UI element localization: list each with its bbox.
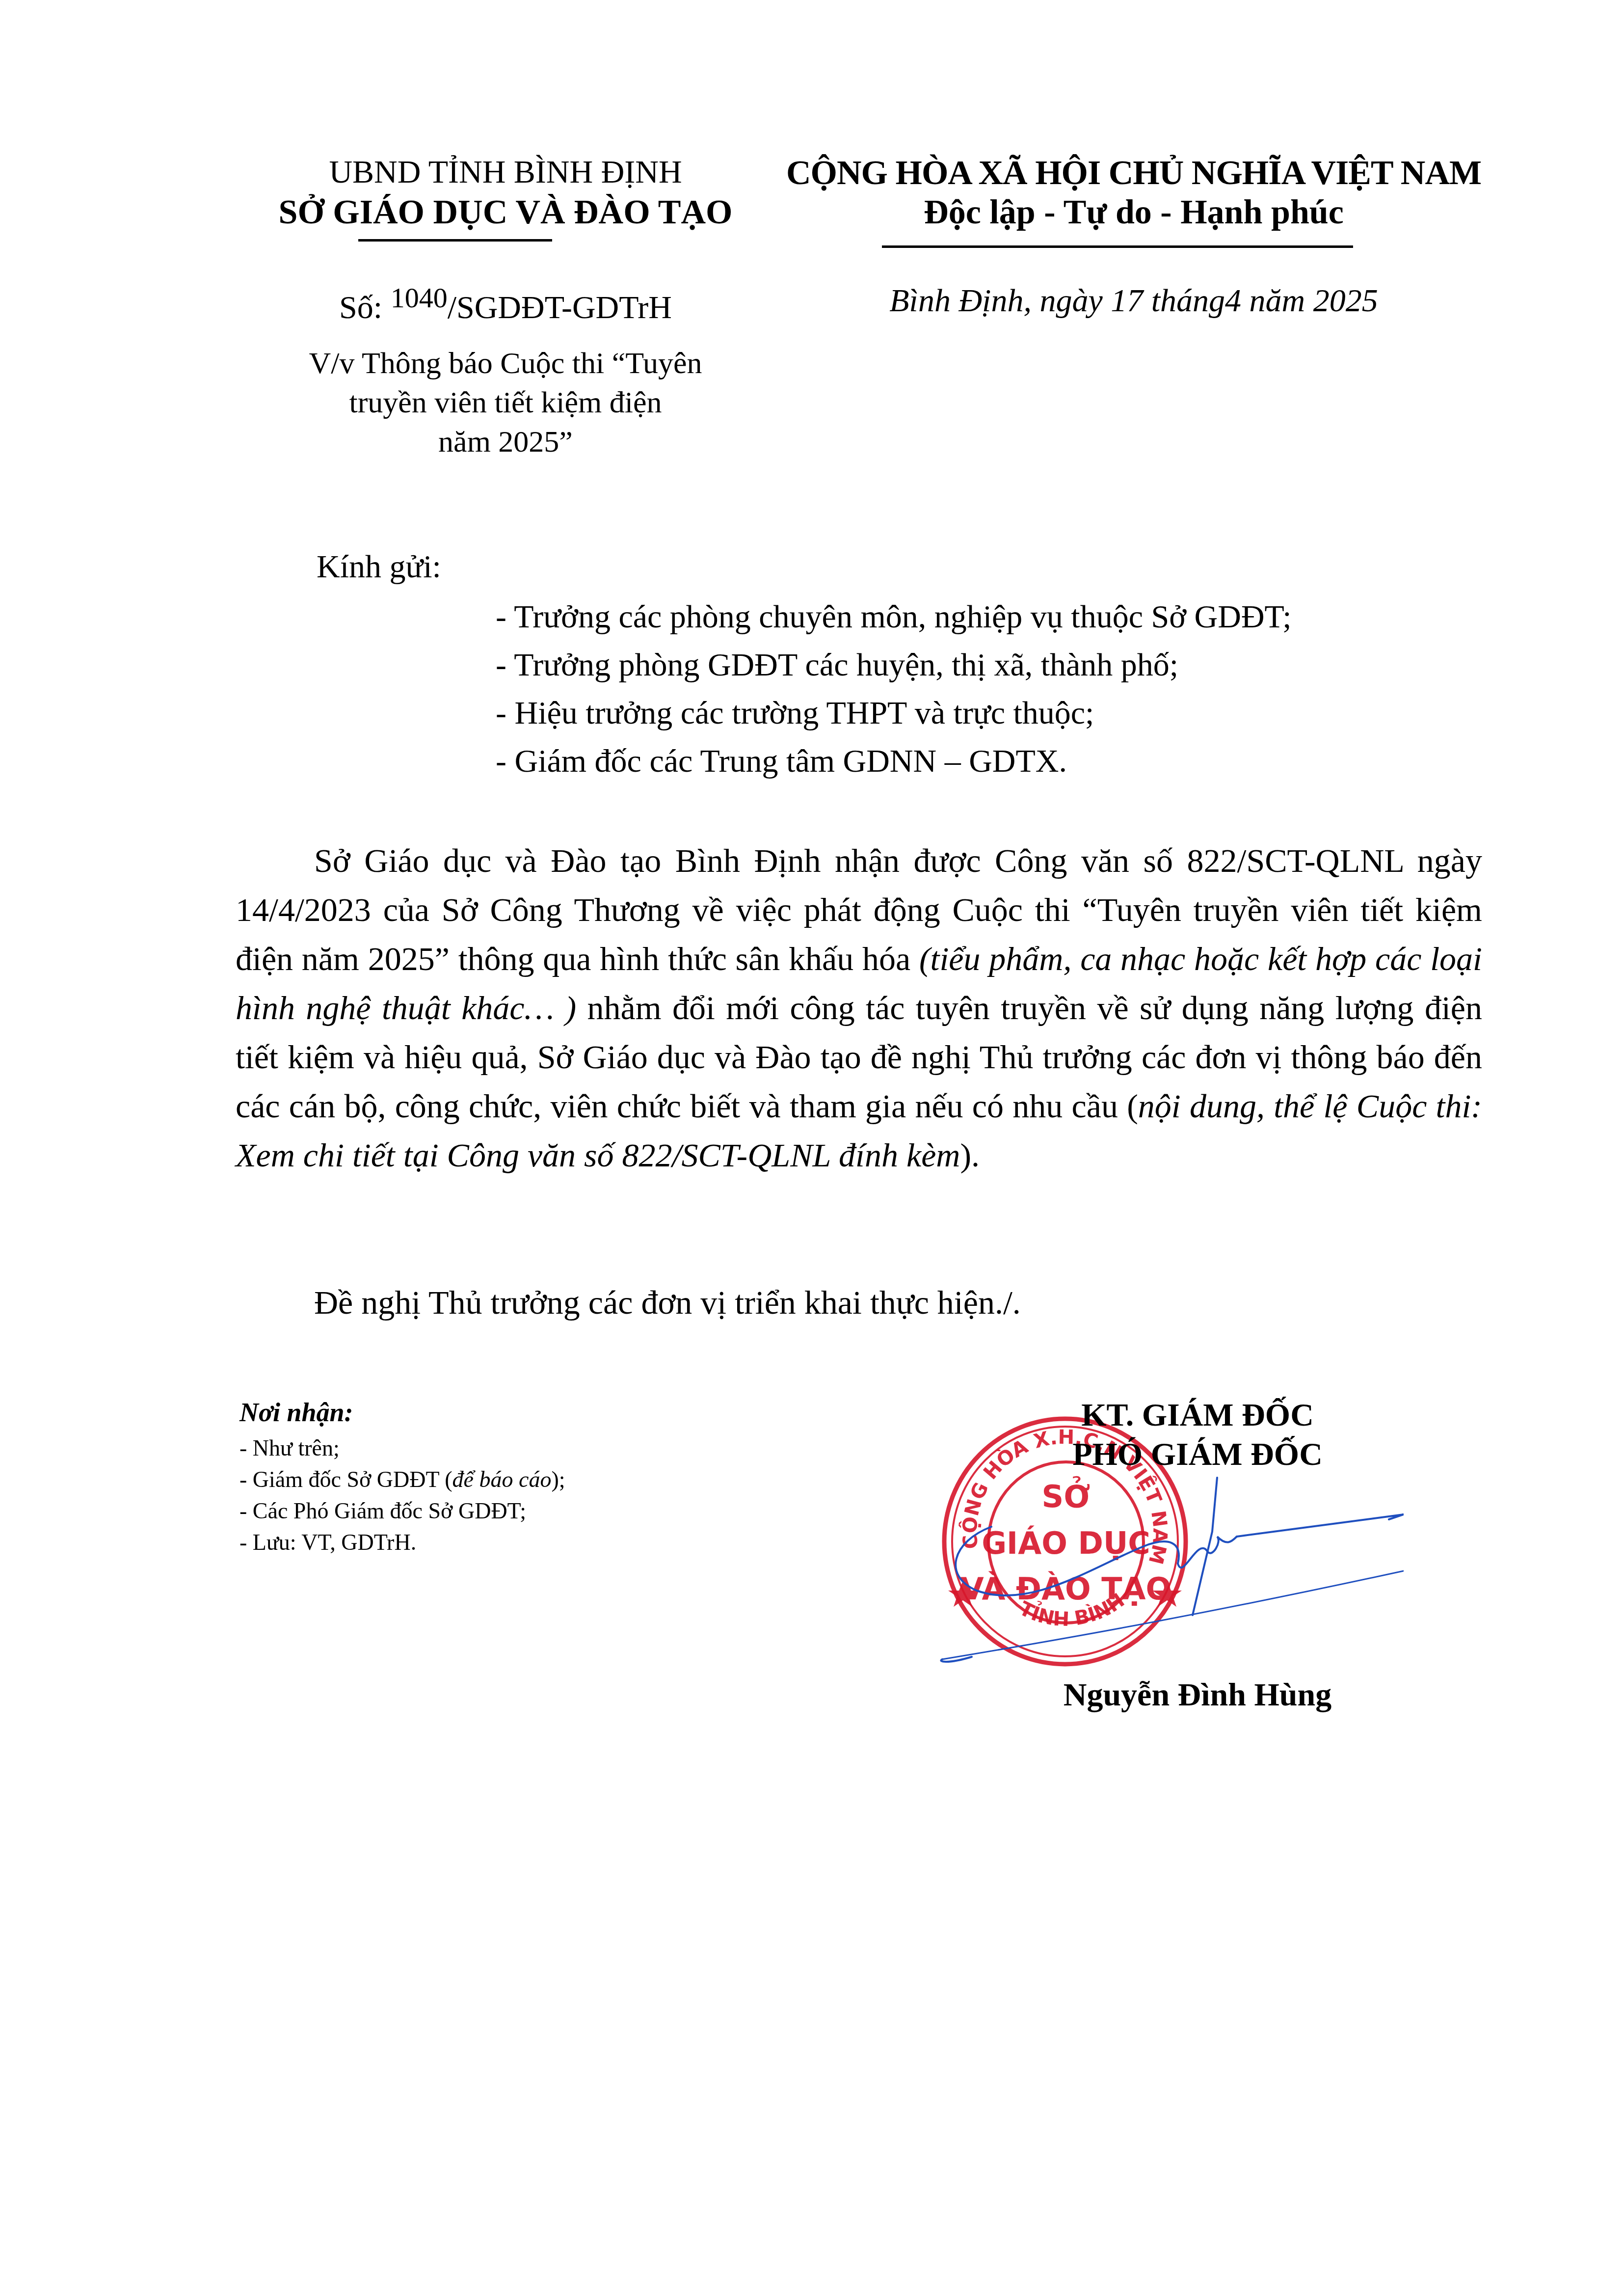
number-value: 1040 [391, 282, 448, 314]
addressee-item: - Trưởng các phòng chuyên môn, nghiệp vụ… [496, 593, 1292, 641]
addressee-item: - Hiệu trưởng các trường THPT và trực th… [496, 689, 1292, 737]
cc-item: - Như trên; [239, 1432, 565, 1464]
cc-item: - Lưu: VT, GDTrH. [239, 1527, 565, 1558]
document-date: Bình Định, ngày 17 tháng4 năm 2025 [736, 285, 1531, 317]
closing-paragraph: Đề nghị Thủ trưởng các đơn vị triển khai… [236, 1278, 1482, 1327]
signer-name: Nguyễn Đình Hùng [952, 1679, 1443, 1711]
issuing-agency: UBND TỈNH BÌNH ĐỊNH [186, 156, 825, 189]
cc-list: - Như trên; - Giám đốc Sở GDĐT (để báo c… [239, 1432, 565, 1558]
cc-item-note: để báo cáo [452, 1467, 552, 1492]
addressee-list: - Trưởng các phòng chuyên môn, nghiệp vụ… [496, 593, 1292, 785]
greeting: Kính gửi: [317, 551, 441, 583]
number-suffix: /SGDĐT-GDTrH [448, 290, 672, 325]
body-text: ). [960, 1136, 980, 1174]
subject-line: V/v Thông báo Cuộc thi “Tuyên [186, 344, 825, 383]
national-motto: Độc lập - Tự do - Hạnh phúc [736, 195, 1531, 230]
cc-item-text: - Giám đốc Sở GDĐT ( [239, 1467, 452, 1492]
issuing-department: SỞ GIÁO DỤC VÀ ĐÀO TẠO [186, 195, 825, 230]
addressee-item: - Trưởng phòng GDĐT các huyện, thị xã, t… [496, 641, 1292, 689]
cc-title: Nơi nhận: [239, 1399, 353, 1426]
cc-item-text: ); [551, 1467, 565, 1492]
subject-line: năm 2025” [186, 422, 825, 461]
signature-title: KT. GIÁM ĐỐC [952, 1399, 1443, 1432]
cc-item: - Các Phó Giám đốc Sở GDĐT; [239, 1495, 565, 1527]
signature-subtitle: PHÓ GIÁM ĐỐC [952, 1438, 1443, 1471]
addressee-item: - Giám đốc các Trung tâm GDNN – GDTX. [496, 737, 1292, 785]
department-underline [358, 239, 552, 242]
national-title: CỘNG HÒA XÃ HỘI CHỦ NGHĨA VIỆT NAM [736, 156, 1531, 190]
cc-item: - Giám đốc Sở GDĐT (để báo cáo); [239, 1464, 565, 1495]
subject-line: truyền viên tiết kiệm điện [186, 383, 825, 422]
body-paragraph: Sở Giáo dục và Đào tạo Bình Định nhận đư… [236, 836, 1482, 1180]
handwritten-signature-icon [932, 1468, 1404, 1674]
document-subject: V/v Thông báo Cuộc thi “Tuyên truyền viê… [186, 344, 825, 461]
number-label: Số: [339, 290, 382, 325]
document-number: Số: 1040/SGDĐT-GDTrH [186, 284, 825, 324]
motto-underline [882, 245, 1353, 248]
